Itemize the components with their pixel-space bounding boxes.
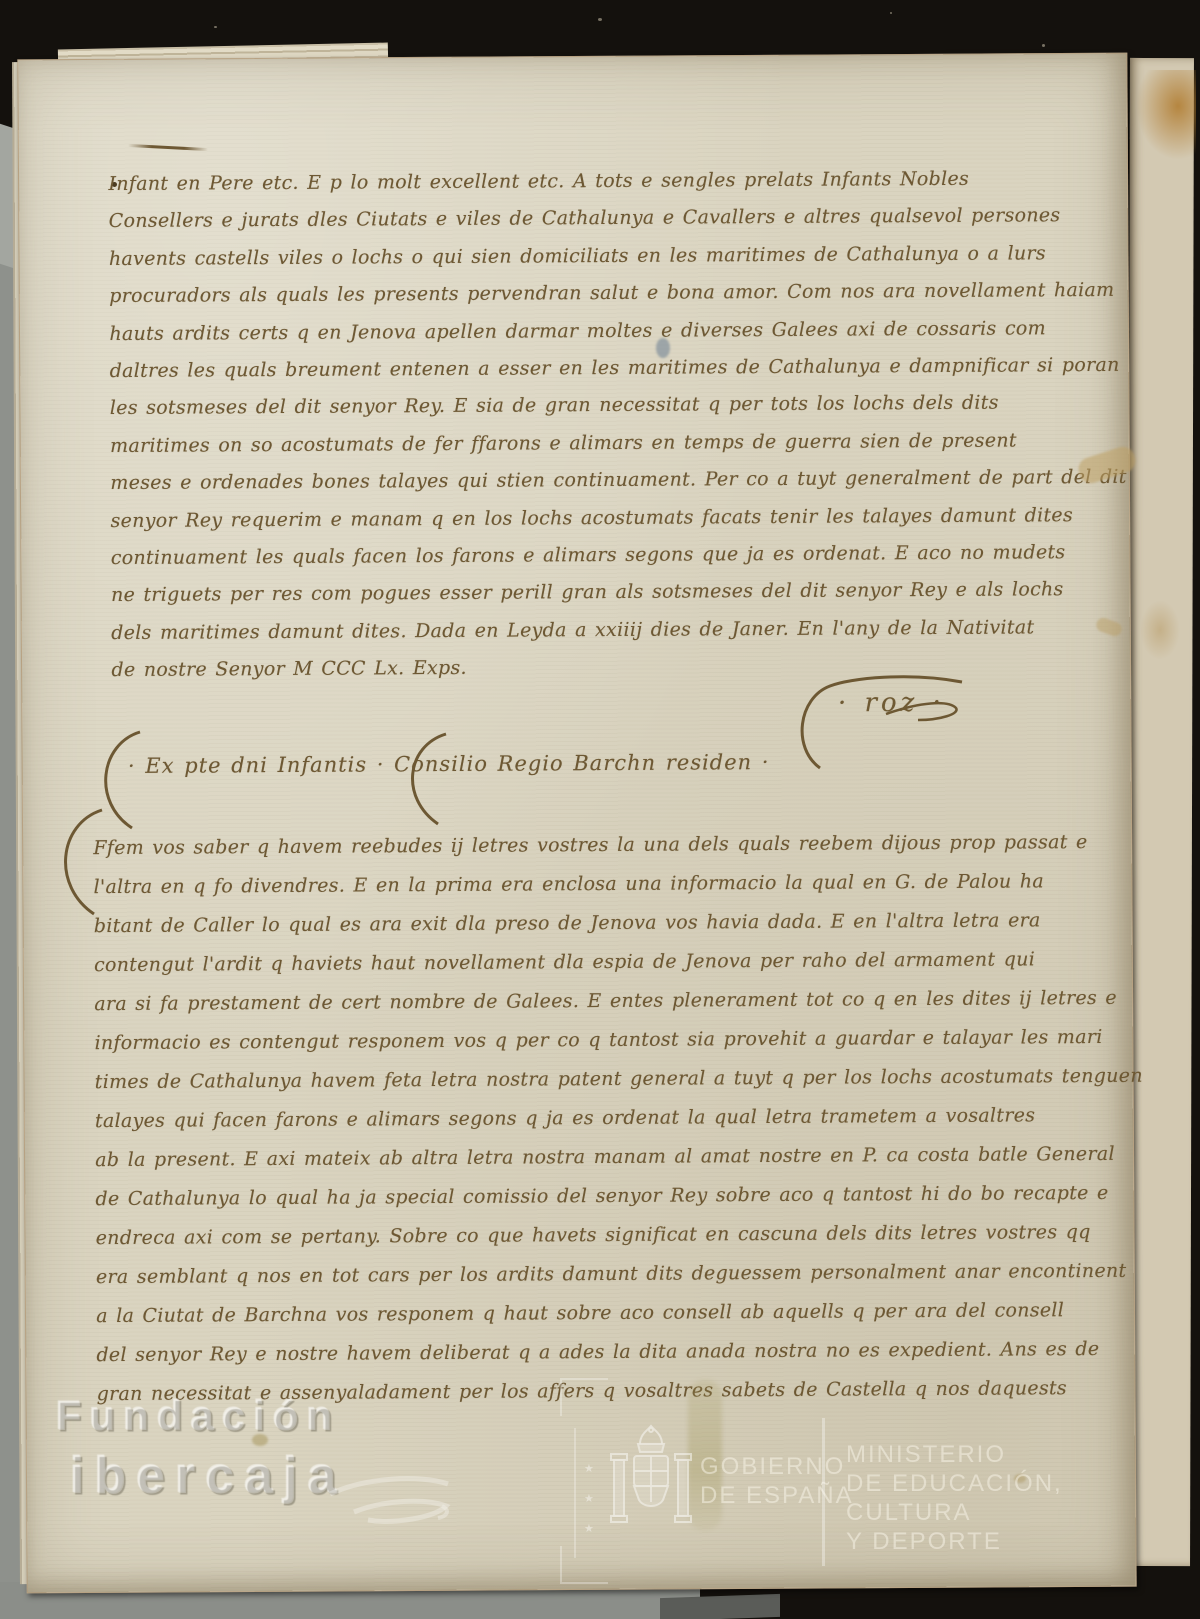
chancery-mark: · roz · (838, 688, 945, 719)
dust-speck (598, 18, 602, 21)
stain-orange-mid (1140, 600, 1180, 660)
manuscript-line: de Cathalunya lo qual ha ja special comi… (95, 1174, 1110, 1219)
manuscript-line: dels maritimes damunt dites. Dada en Ley… (111, 609, 1101, 652)
scanner-tray-bottom-shadow (660, 1594, 780, 1619)
dust-speck (890, 12, 892, 14)
paraph-icon (396, 728, 452, 828)
manuscript-line: a la Ciutat de Barchna vos responem q ha… (96, 1291, 1111, 1336)
manuscript-line: informacio es contengut responem vos q p… (94, 1018, 1109, 1063)
manuscript-line: Ffem vos saber q havem reebudes ij letre… (93, 823, 1108, 868)
manuscript-paragraph-1: Infant en Pere etc. E p lo molt excellen… (108, 160, 1101, 690)
next-folio-edge (1126, 58, 1194, 1566)
blue-smudge (656, 338, 670, 358)
manuscript-line: era semblant q nos en tot cars per los a… (96, 1252, 1111, 1297)
scanned-manuscript-photo: Infant en Pere etc. E p lo molt excellen… (0, 0, 1200, 1619)
spain-coat-of-arms-icon (608, 1422, 694, 1540)
ministerio-line3: Y DEPORTE (846, 1527, 1170, 1556)
manuscript-line: talayes qui facen farons e alimars segon… (95, 1096, 1110, 1141)
star-icon: ★ (584, 1522, 594, 1535)
dust-speck (1042, 44, 1045, 47)
gobierno-line2: DE ESPAÑA (700, 1481, 854, 1510)
manuscript-heading: · Ex pte dni Infantis · Consilio Regio B… (128, 750, 770, 778)
ministerio-label: MINISTERIO DE EDUCACIÓN, CULTURA Y DEPOR… (846, 1440, 1170, 1556)
manuscript-line: maritimes on so acostumats de fer ffaron… (110, 422, 1100, 465)
manuscript-line: senyor Rey requerim e manam q en los loc… (110, 497, 1100, 540)
manuscript-line: les sotsmeses del dit senyor Rey. E sia … (110, 384, 1100, 427)
manuscript-line: Consellers e jurats dles Ciutats e viles… (109, 197, 1099, 240)
watermark-gobierno-de-espana: ★ ★ ★ GOBIERNO DE ESPAÑA (560, 1390, 1170, 1590)
chancery-flourish-icon (790, 668, 970, 778)
manuscript-line: havents castells viles o lochs o qui sie… (109, 235, 1099, 278)
manuscript-line: endreca axi com se pertany. Sobre co que… (96, 1213, 1111, 1258)
star-icon: ★ (584, 1492, 594, 1505)
ministerio-line2: DE EDUCACIÓN, CULTURA (846, 1469, 1170, 1527)
manuscript-line: daltres les quals breument entenen a ess… (110, 347, 1100, 390)
manuscript-line: hauts ardits certs q en Jenova apellen d… (109, 310, 1099, 353)
stain-orange-top (1136, 70, 1196, 160)
manuscript-line: del senyor Rey e nostre havem deliberat … (96, 1330, 1111, 1375)
logo-corner-mark (560, 1546, 608, 1584)
manuscript-line: bitant de Caller lo qual es ara exit dla… (94, 901, 1109, 946)
ibercaja-label: ibercaja (70, 1446, 347, 1506)
star-icon: ★ (584, 1462, 594, 1475)
manuscript-line: procuradors als quals les presents perve… (109, 272, 1099, 315)
logo-corner-mark (560, 1378, 608, 1416)
ministerio-line1: MINISTERIO (846, 1440, 1170, 1469)
manuscript-line: ab la present. E axi mateix ab altra let… (95, 1135, 1110, 1180)
ibercaja-swirl-icon (324, 1460, 454, 1530)
manuscript-line: ara si fa prestament de cert nombre de G… (94, 979, 1109, 1024)
watermark-ibercaja: Fundación ibercaja (56, 1392, 347, 1506)
manuscript-line: times de Cathalunya havem feta letra nos… (95, 1057, 1110, 1102)
manuscript-line: l'altra en q fo divendres. E en la prima… (93, 862, 1108, 907)
logo-frame-line (574, 1428, 576, 1558)
gobierno-label: GOBIERNO DE ESPAÑA (700, 1452, 854, 1510)
manuscript-paragraph-2: Ffem vos saber q havem reebudes ij letre… (93, 823, 1112, 1414)
gobierno-line1: GOBIERNO (700, 1452, 854, 1481)
manuscript-line: Infant en Pere etc. E p lo molt excellen… (108, 160, 1098, 203)
manuscript-line: continuament les quals facen los farons … (111, 534, 1101, 577)
manuscript-line: meses e ordenades bones talayes qui stie… (110, 459, 1100, 502)
logo-divider-line (822, 1418, 825, 1566)
manuscript-line: ne triguets per res com pogues esser per… (111, 571, 1101, 614)
dust-speck (214, 26, 217, 28)
fundacion-label: Fundación (56, 1392, 347, 1440)
manuscript-line: contengut l'ardit q haviets haut novella… (94, 940, 1109, 985)
